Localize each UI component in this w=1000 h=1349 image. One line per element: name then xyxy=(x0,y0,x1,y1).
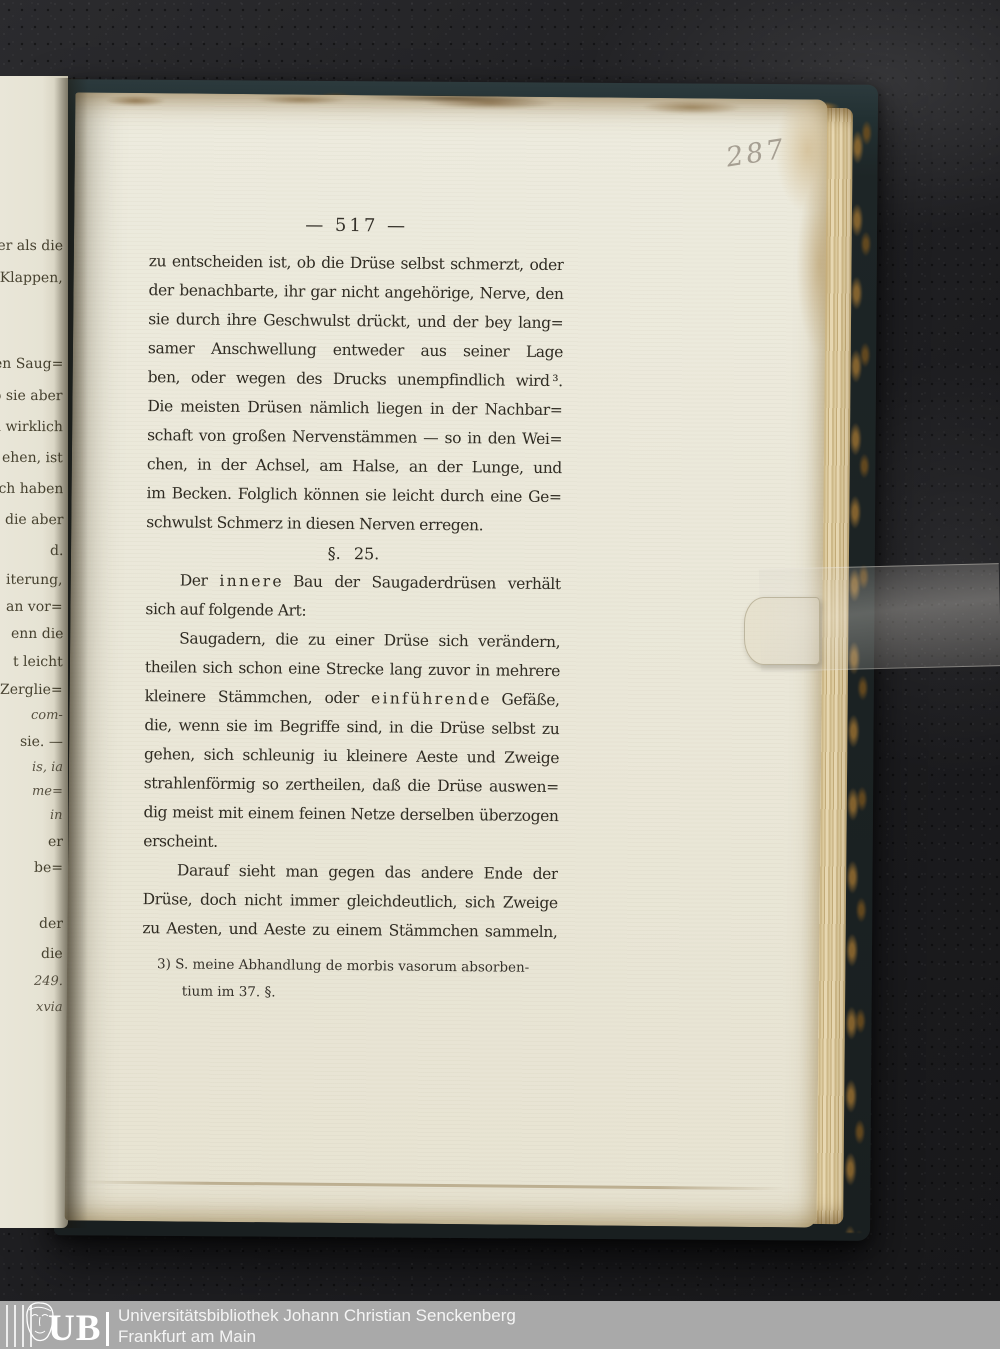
body-line: sich auf folgende Art: xyxy=(145,595,560,628)
book-page: — 517 — zu entscheiden ist, ob die Drüse… xyxy=(65,92,828,1227)
body-line: samer Anschwellung entweder aus seiner L… xyxy=(148,334,563,367)
book-strap-tab xyxy=(744,597,820,665)
body-line: sie durch ihre Geschwulst drückt, und de… xyxy=(148,305,563,338)
library-name: Universitätsbibliothek Johann Christian … xyxy=(118,1305,516,1326)
ub-logo: UB xyxy=(6,1304,109,1348)
body-line: chen, in der Achsel, am Halse, an der Lu… xyxy=(147,450,562,483)
body-line: Die meisten Drüsen nämlich liegen in der… xyxy=(147,392,562,425)
paper-crease xyxy=(79,1181,787,1191)
body-line: theilen sich schon eine Strecke lang zuv… xyxy=(145,653,560,686)
footer-banner: UB Universitätsbibliothek Johann Christi… xyxy=(0,1301,1000,1349)
section-heading: §. 25. xyxy=(146,537,561,570)
body-line: schwulst Schmerz in diesen Nerven errege… xyxy=(146,508,561,541)
body-line: im Becken. Folglich können sie leicht du… xyxy=(146,479,561,512)
page-text: — 517 — zu entscheiden ist, ob die Drüse… xyxy=(142,209,565,1009)
body-line: zu entscheiden ist, ob die Drüse selbst … xyxy=(149,247,564,280)
logo-separator xyxy=(106,1312,109,1346)
body-line: Darauf sieht man gegen das andere Ende d… xyxy=(143,856,558,889)
body-line: Saugadern, die zu einer Drüse sich verän… xyxy=(145,624,560,657)
body-line: die, wenn sie im Begriffe sind, in die D… xyxy=(144,711,559,744)
page-number-header: — 517 — xyxy=(149,209,564,251)
body-line: kleinere Stämmchen, oder e i n f ü h r e… xyxy=(144,682,559,715)
body-line: zu Aesten, und Aeste zu einem Stämmchen … xyxy=(142,914,557,947)
footnote-line: tium im 37. §. xyxy=(142,978,557,1009)
body-line: Der i n n e r e Bau der Saugaderdrüsen v… xyxy=(146,566,561,599)
body-line: Drüse, doch nicht immer gleichdeutlich, … xyxy=(143,885,558,918)
body-line: der benachbarte, ihr gar nicht angehörig… xyxy=(148,276,563,309)
gutter-shadow xyxy=(54,78,88,1228)
footnote: 3) S. meine Abhandlung de morbis vasorum… xyxy=(142,951,557,1009)
body-line: strahlenförmig so zertheilen, daß die Dr… xyxy=(144,769,559,802)
logo-abbr: UB xyxy=(48,1310,101,1348)
body-line: ben, oder wegen des Drucks unempfindlich… xyxy=(148,363,563,396)
body-line: gehen, sich schleunig iu kleinere Aeste … xyxy=(144,740,559,773)
library-identity: Universitätsbibliothek Johann Christian … xyxy=(118,1305,516,1347)
body-line: erscheint. xyxy=(143,827,558,860)
body-line: schaft von großen Nervenstämmen — so in … xyxy=(147,421,562,454)
footnote-line: 3) S. meine Abhandlung de morbis vasorum… xyxy=(142,951,557,982)
body-line: dig meist mit einem feinen Netze derselb… xyxy=(143,798,558,831)
library-city: Frankfurt am Main xyxy=(118,1326,516,1347)
